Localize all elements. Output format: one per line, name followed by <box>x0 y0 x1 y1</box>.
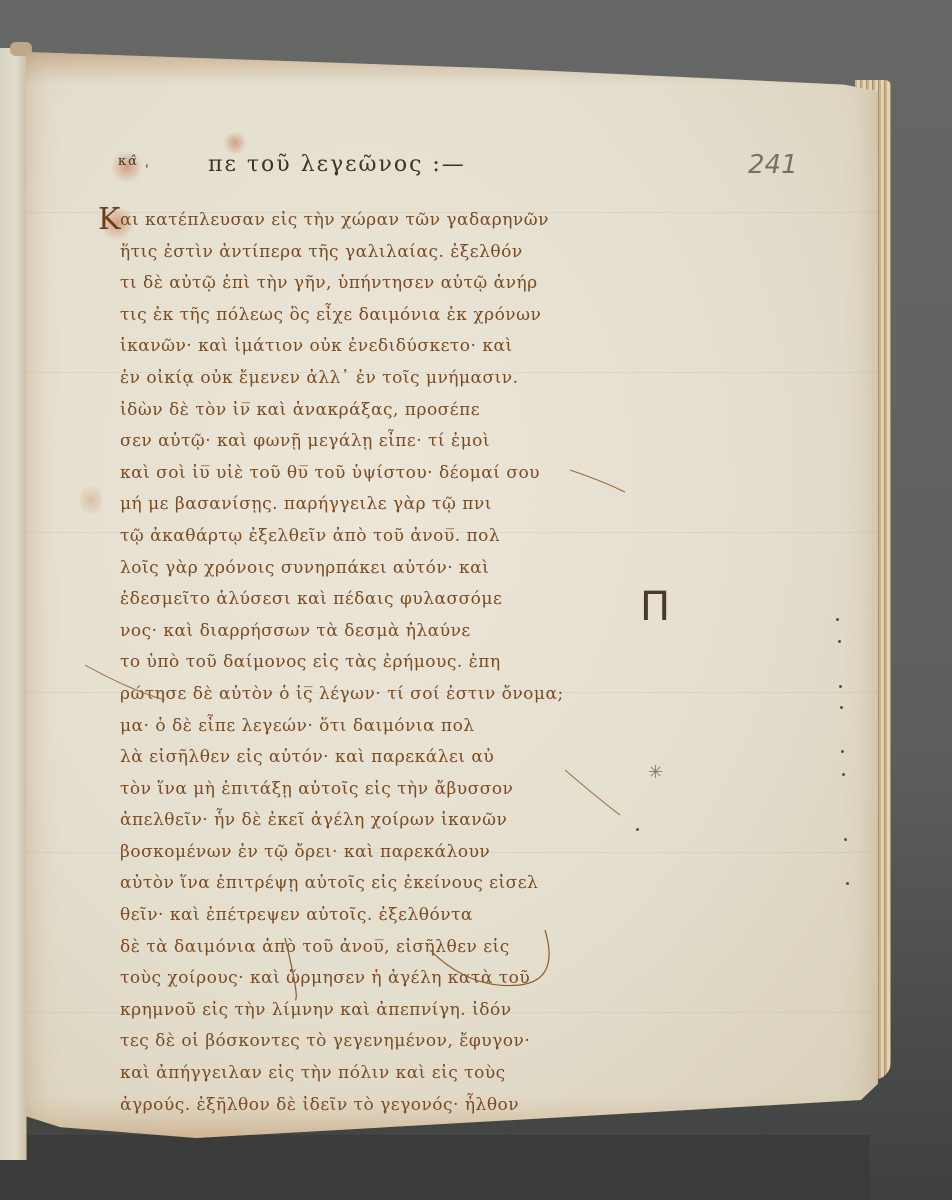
pricking-dot <box>841 750 844 753</box>
pricking-dot <box>839 685 842 688</box>
pricking-dot <box>840 706 843 709</box>
pricking-dot <box>636 828 639 831</box>
pricking-dot <box>836 618 839 621</box>
pricking-dot <box>838 640 841 643</box>
pricking-dot <box>846 882 849 885</box>
pricking-dot <box>844 838 847 841</box>
pricking-dot <box>842 773 845 776</box>
ink-flourishes <box>0 0 952 1200</box>
